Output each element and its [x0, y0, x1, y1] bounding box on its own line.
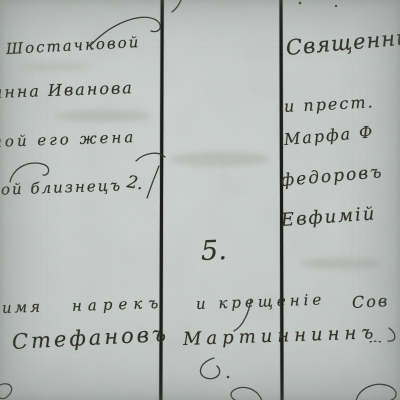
handwritten-line-left-2: инна Иванова	[0, 78, 134, 102]
loop-bottom-right	[356, 384, 396, 400]
loop-bottom-left	[0, 384, 12, 399]
handwritten-line-right-4: федоровъ	[280, 162, 384, 191]
entry-number: 5.	[200, 235, 227, 267]
handwritten-line-right-1: Священни	[285, 25, 400, 60]
paraph-under-signature	[200, 358, 219, 379]
footer-line1-part3: и крещеніе	[196, 290, 326, 313]
footer-line1-part2: нарекъ	[72, 294, 165, 315]
footer-signature-patronymic: Мартинниннъ	[183, 322, 379, 350]
ink-dot	[335, 5, 337, 7]
handwritten-line-left-4: кой близнецъ	[0, 176, 122, 199]
ink-bleedthrough	[20, 62, 90, 71]
loop-bottom-center	[231, 387, 262, 400]
footer-signature-name: Стефановъ	[11, 322, 169, 354]
handwritten-line-right-3: Марфа Ф	[283, 122, 375, 149]
ink-dot	[227, 376, 230, 379]
footer-line1-part4: Сов	[352, 291, 390, 312]
ink-dot	[299, 2, 302, 5]
footer-line1-part1: имя	[2, 298, 44, 317]
handwritten-flourish-mark: 2.	[125, 172, 144, 194]
scanned-register-page: Шостачковой инна Иванова ной его жена ко…	[0, 0, 400, 400]
handwritten-line-left-3: ной его жена	[0, 128, 137, 151]
flourish-right-tail	[388, 328, 395, 341]
handwritten-line-right-2: и прест.	[284, 92, 375, 116]
ink-bleedthrough	[55, 110, 150, 122]
handwritten-line-right-5: Евфимій	[280, 203, 377, 231]
ink-bleedthrough	[170, 152, 270, 166]
handwritten-line-left-1: Шостачковой	[6, 33, 141, 58]
flourish-descender-left	[147, 166, 159, 198]
ink-bleedthrough	[300, 258, 380, 269]
flourish-top-middle-comma	[172, 0, 181, 12]
